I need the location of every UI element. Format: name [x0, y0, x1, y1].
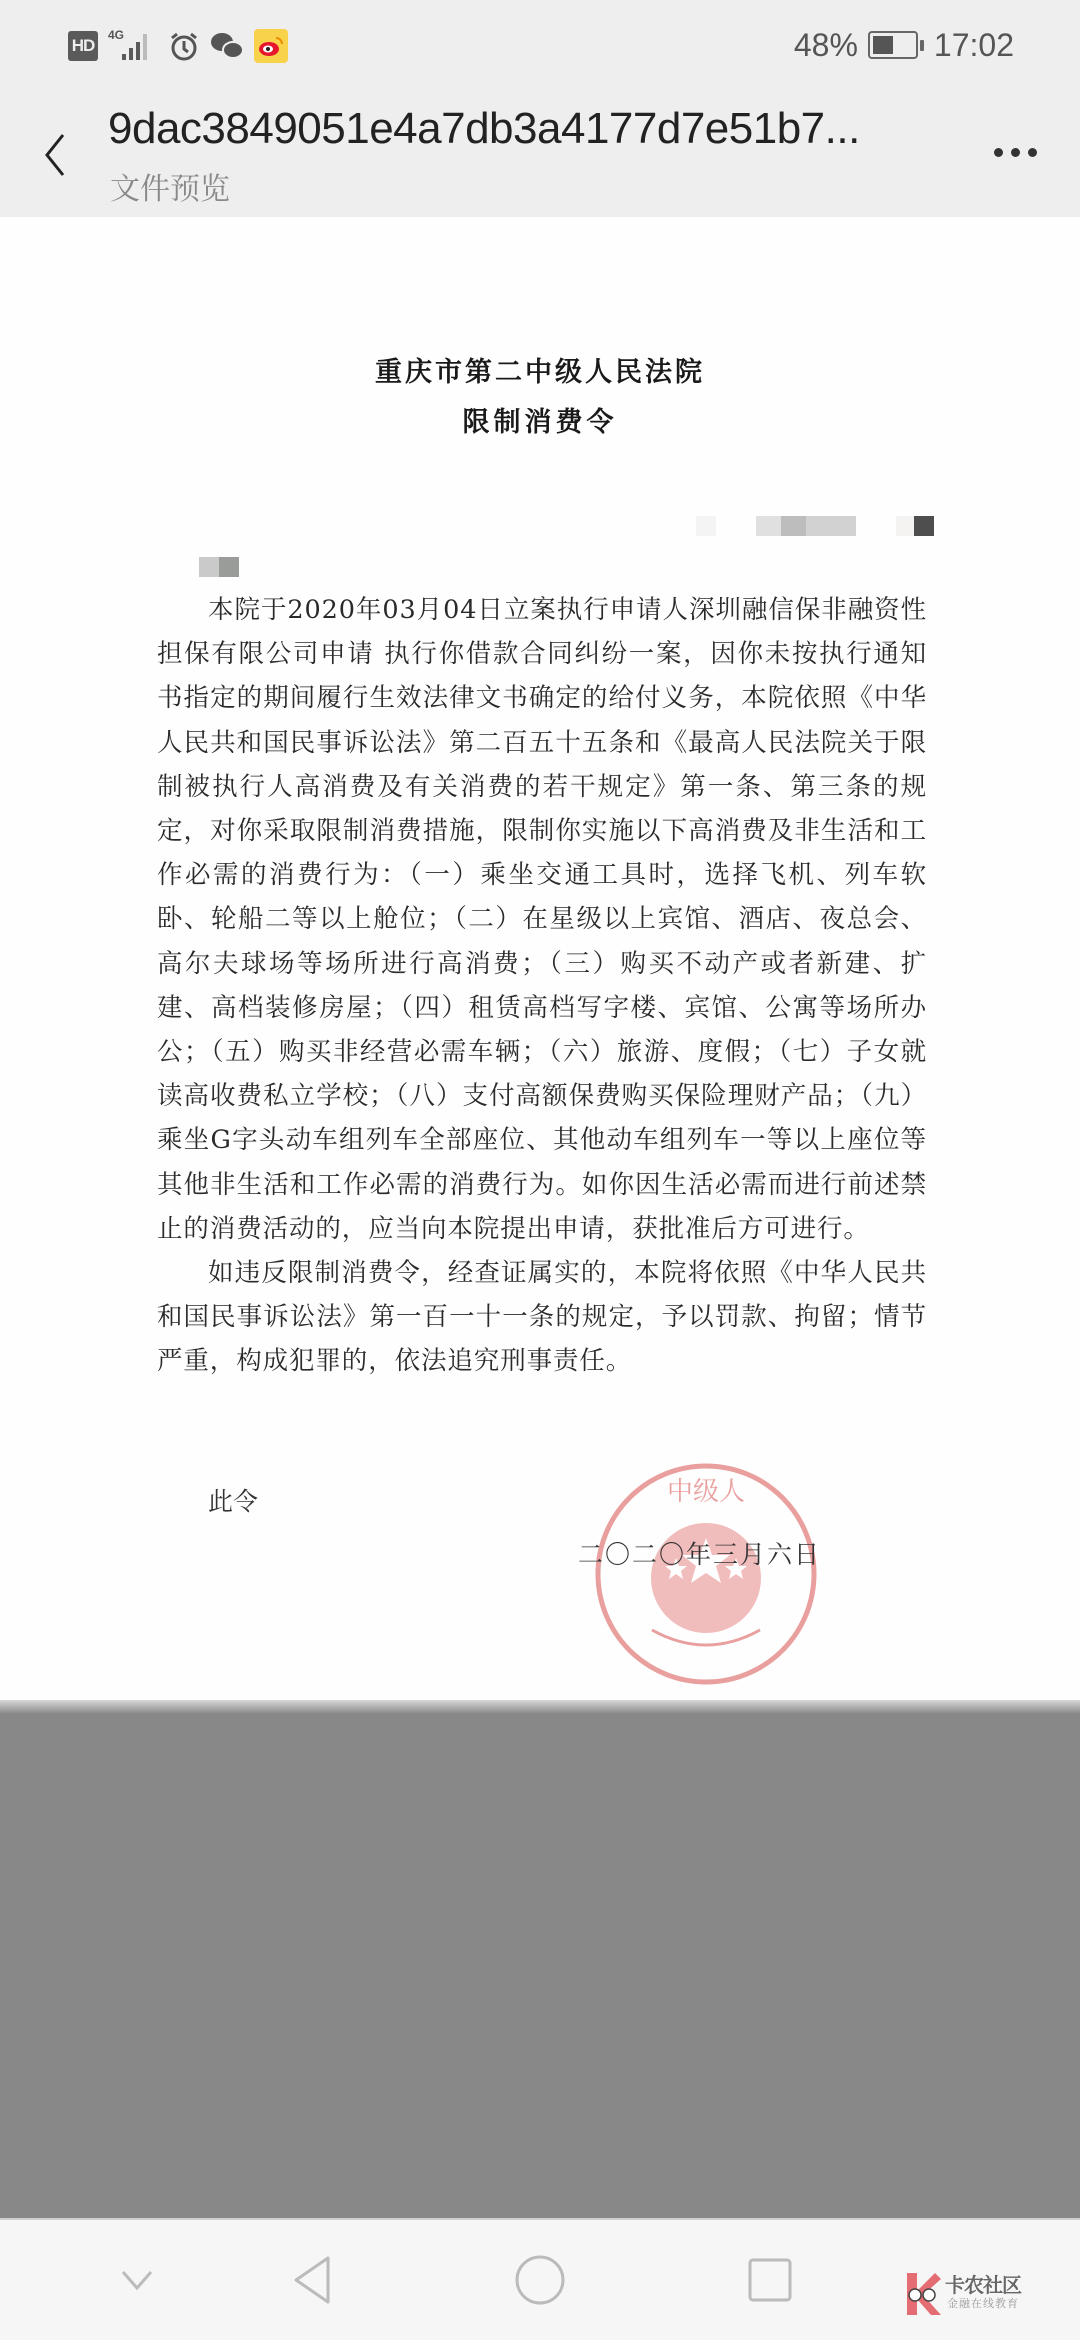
svg-text:中级人: 中级人	[667, 1477, 745, 1507]
watermark-subtitle: 金融在线教育	[947, 2295, 1019, 2311]
wechat-icon	[210, 31, 244, 61]
triangle-back-icon	[292, 2255, 332, 2305]
court-name: 重庆市第二中级人民法院	[0, 350, 1080, 389]
signal-4g-icon: 4G	[108, 30, 158, 62]
back-button[interactable]	[30, 120, 80, 190]
weibo-icon	[254, 29, 288, 63]
status-icons-right: 48% 17:02	[794, 24, 1014, 66]
preview-background	[0, 1714, 1080, 2218]
file-preview-subtitle: 文件预览	[110, 164, 230, 208]
order-paragraph-restrictions: 本院于2020年03月04日立案执行申请人深圳融信保非融资性担保有限公司申请 执…	[157, 588, 927, 1251]
more-dot-icon	[1028, 148, 1037, 157]
alarm-icon	[168, 30, 200, 62]
title-bar: 9dac3849051e4a7db3a4177d7e51b7... 文件预览	[0, 90, 1080, 217]
hd-icon: HD	[68, 31, 98, 61]
more-dot-icon	[1011, 148, 1020, 157]
watermark-title: 卡农社区	[945, 2269, 1021, 2298]
sign-off: 此令	[208, 1482, 258, 1518]
order-paragraph-penalty: 如违反限制消费令，经查证属实的，本院将依照《中华人民共和国民事诉讼法》第一百一十…	[157, 1251, 927, 1384]
back-nav-button[interactable]	[282, 2250, 342, 2310]
battery-icon	[868, 31, 918, 59]
chevron-down-icon	[120, 2269, 154, 2291]
document-page[interactable]: 重庆市第二中级人民法院 限制消费令 本院于2020年03月04日立案执行申请人深…	[0, 217, 1080, 1700]
court-seal-icon: 中级人	[592, 1460, 820, 1688]
more-dot-icon	[994, 148, 1003, 157]
kanong-logo-icon	[905, 2273, 943, 2315]
file-title: 9dac3849051e4a7db3a4177d7e51b7...	[108, 104, 860, 154]
status-bar: HD 4G 48% 17:02	[0, 0, 1080, 90]
square-recents-icon	[747, 2257, 793, 2303]
home-nav-button[interactable]	[510, 2250, 570, 2310]
collapse-nav-button[interactable]	[112, 2250, 162, 2310]
clock: 17:02	[934, 27, 1014, 64]
battery-percent: 48%	[794, 27, 858, 64]
order-title: 限制消费令	[0, 400, 1080, 439]
more-options-button[interactable]	[980, 132, 1050, 172]
chevron-left-icon	[43, 133, 67, 177]
order-body: 本院于2020年03月04日立案执行申请人深圳融信保非融资性担保有限公司申请 执…	[157, 588, 927, 1384]
recents-nav-button[interactable]	[740, 2250, 800, 2310]
kanong-watermark: 卡农社区 金融在线教育	[905, 2269, 1025, 2324]
status-icons-left: HD 4G	[68, 28, 288, 64]
order-date: 二〇二〇年三月六日	[578, 1535, 821, 1571]
circle-home-icon	[514, 2254, 566, 2306]
page-shadow	[0, 1700, 1080, 1714]
